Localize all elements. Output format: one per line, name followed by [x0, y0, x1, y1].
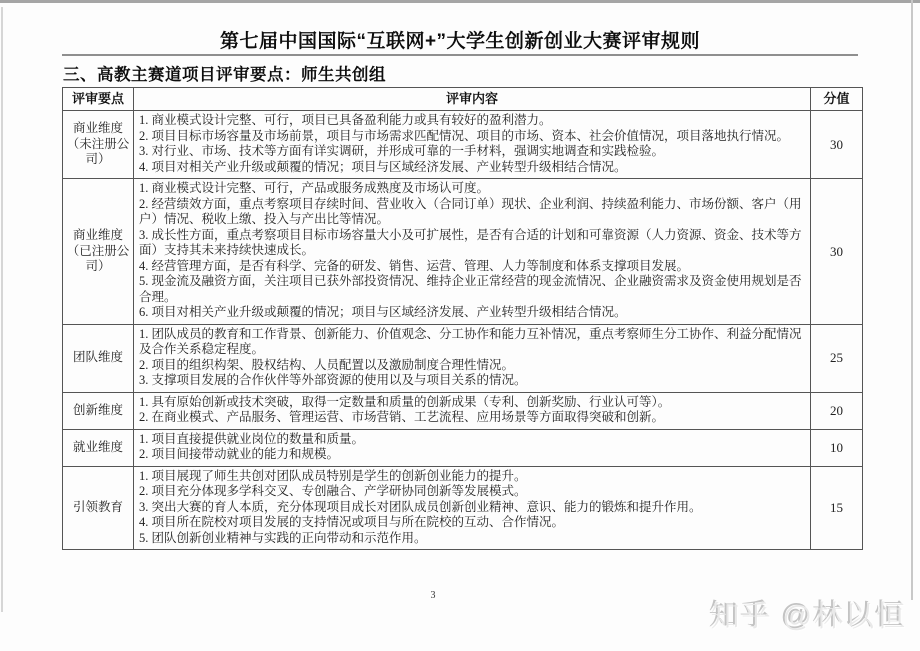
table-row-innovation: 创新维度 1. 具有原始创新或技术突破，取得一定数量和质量的创新成果（专利、创新…: [63, 392, 863, 429]
criteria-item: 2. 项目目标市场容量及市场前景，项目与市场需求匹配情况、项目的市场、资本、社会…: [139, 129, 808, 145]
score-cell: 30: [811, 179, 863, 325]
criteria-item: 3. 突出大赛的育人本质，充分体现项目成长对团队成员创新创业精神、意识、能力的锻…: [139, 500, 808, 516]
page-edge-top: [0, 0, 920, 3]
aspect-cell: 就业维度: [63, 429, 134, 466]
col-header-aspect: 评审要点: [63, 88, 134, 111]
table-row-team: 团队维度 1. 团队成员的教育和工作背景、创新能力、价值观念、分工协作和能力互补…: [63, 324, 863, 392]
criteria-item: 2. 项目的组织构架、股权结构、人员配置以及激励制度合理性情况。: [139, 358, 808, 374]
table-header-row: 评审要点 评审内容 分值: [63, 88, 863, 111]
table-row-employment: 就业维度 1. 项目直接提供就业岗位的数量和质量。 2. 项目间接带动就业的能力…: [63, 429, 863, 466]
criteria-item: 1. 具有原始创新或技术突破，取得一定数量和质量的创新成果（专利、创新奖励、行业…: [139, 395, 808, 411]
criteria-item: 3. 对行业、市场、技术等方面有详实调研，并形成可靠的一手材料，强调实地调查和实…: [139, 144, 808, 160]
criteria-item: 1. 商业模式设计完整、可行，产品或服务成熟度及市场认可度。: [139, 181, 808, 197]
table-row-education: 引领教育 1. 项目展现了师生共创对团队成员特别是学生的创新创业能力的提升。 2…: [63, 466, 863, 550]
content-cell: 1. 项目直接提供就业岗位的数量和质量。 2. 项目间接带动就业的能力和规模。: [134, 429, 811, 466]
watermark-zhihu: 知乎 @林以恒: [711, 594, 908, 635]
criteria-item: 1. 商业模式设计完整、可行，项目已具备盈利能力或具有较好的盈利潜力。: [139, 113, 808, 129]
table-row-business-registered: 商业维度（已注册公司） 1. 商业模式设计完整、可行，产品或服务成熟度及市场认可…: [63, 179, 863, 325]
criteria-item: 1. 团队成员的教育和工作背景、创新能力、价值观念、分工协作和能力互补情况，重点…: [139, 327, 808, 358]
criteria-item: 2. 项目充分体现多学科交叉、专创融合、产学研协同创新等发展模式。: [139, 484, 808, 500]
aspect-cell: 商业维度（未注册公司）: [63, 111, 134, 179]
content-cell: 1. 具有原始创新或技术突破，取得一定数量和质量的创新成果（专利、创新奖励、行业…: [134, 392, 811, 429]
criteria-item: 1. 项目展现了师生共创对团队成员特别是学生的创新创业能力的提升。: [139, 469, 808, 485]
content-cell: 1. 商业模式设计完整、可行，项目已具备盈利能力或具有较好的盈利潜力。 2. 项…: [134, 111, 811, 179]
criteria-item: 4. 经营管理方面，是否有科学、完备的研发、销售、运营、管理、人力等制度和体系支…: [139, 259, 808, 275]
document-page: 第七届中国国际“互联网+”大学生创新创业大赛评审规则 三、高教主赛道项目评审要点…: [0, 0, 920, 651]
criteria-item: 3. 支撑项目发展的合作伙伴等外部资源的使用以及与项目关系的情况。: [139, 373, 808, 389]
score-cell: 30: [811, 111, 863, 179]
criteria-item: 4. 项目对相关产业升级或颠覆的情况；项目与区域经济发展、产业转型升级相结合情况…: [139, 160, 808, 176]
criteria-item: 6. 项目对相关产业升级或颠覆的情况；项目与区域经济发展、产业转型升级相结合情况…: [139, 305, 808, 321]
title-divider: [62, 54, 858, 56]
criteria-item: 1. 项目直接提供就业岗位的数量和质量。: [139, 432, 808, 448]
aspect-cell: 商业维度（已注册公司）: [63, 179, 134, 325]
section-heading: 三、高教主赛道项目评审要点：师生共创组: [63, 61, 386, 85]
page-edge-right: [911, 0, 913, 600]
aspect-cell: 团队维度: [63, 324, 134, 392]
score-cell: 20: [811, 392, 863, 429]
page-edge-left: [1, 7, 3, 612]
score-cell: 15: [811, 466, 863, 550]
aspect-cell: 创新维度: [63, 392, 134, 429]
col-header-content: 评审内容: [134, 88, 811, 111]
criteria-item: 2. 项目间接带动就业的能力和规模。: [139, 447, 808, 463]
criteria-item: 4. 项目所在院校对项目发展的支持情况或项目与所在院校的互动、合作情况。: [139, 515, 808, 531]
criteria-item: 3. 成长性方面，重点考察项目目标市场容量大小及可扩展性，是否有合适的计划和可靠…: [139, 228, 808, 259]
content-cell: 1. 项目展现了师生共创对团队成员特别是学生的创新创业能力的提升。 2. 项目充…: [134, 466, 811, 550]
content-cell: 1. 商业模式设计完整、可行，产品或服务成熟度及市场认可度。 2. 经营绩效方面…: [134, 179, 811, 325]
col-header-score: 分值: [811, 88, 863, 111]
document-title: 第七届中国国际“互联网+”大学生创新创业大赛评审规则: [0, 26, 920, 53]
aspect-cell: 引领教育: [63, 466, 134, 550]
score-cell: 10: [811, 429, 863, 466]
criteria-item: 2. 经营绩效方面，重点考察项目存续时间、营业收入（合同订单）现状、企业利润、持…: [139, 197, 808, 228]
review-criteria-table: 评审要点 评审内容 分值 商业维度（未注册公司） 1. 商业模式设计完整、可行，…: [62, 87, 863, 550]
criteria-item: 5. 团队创新创业精神与实践的正向带动和示范作用。: [139, 531, 808, 547]
criteria-item: 5. 现金流及融资方面，关注项目已获外部投资情况、维持企业正常经营的现金流情况、…: [139, 274, 808, 305]
content-cell: 1. 团队成员的教育和工作背景、创新能力、价值观念、分工协作和能力互补情况，重点…: [134, 324, 811, 392]
table-row-business-unregistered: 商业维度（未注册公司） 1. 商业模式设计完整、可行，项目已具备盈利能力或具有较…: [63, 111, 863, 179]
criteria-item: 2. 在商业模式、产品服务、管理运营、市场营销、工艺流程、应用场景等方面取得突破…: [139, 410, 808, 426]
score-cell: 25: [811, 324, 863, 392]
